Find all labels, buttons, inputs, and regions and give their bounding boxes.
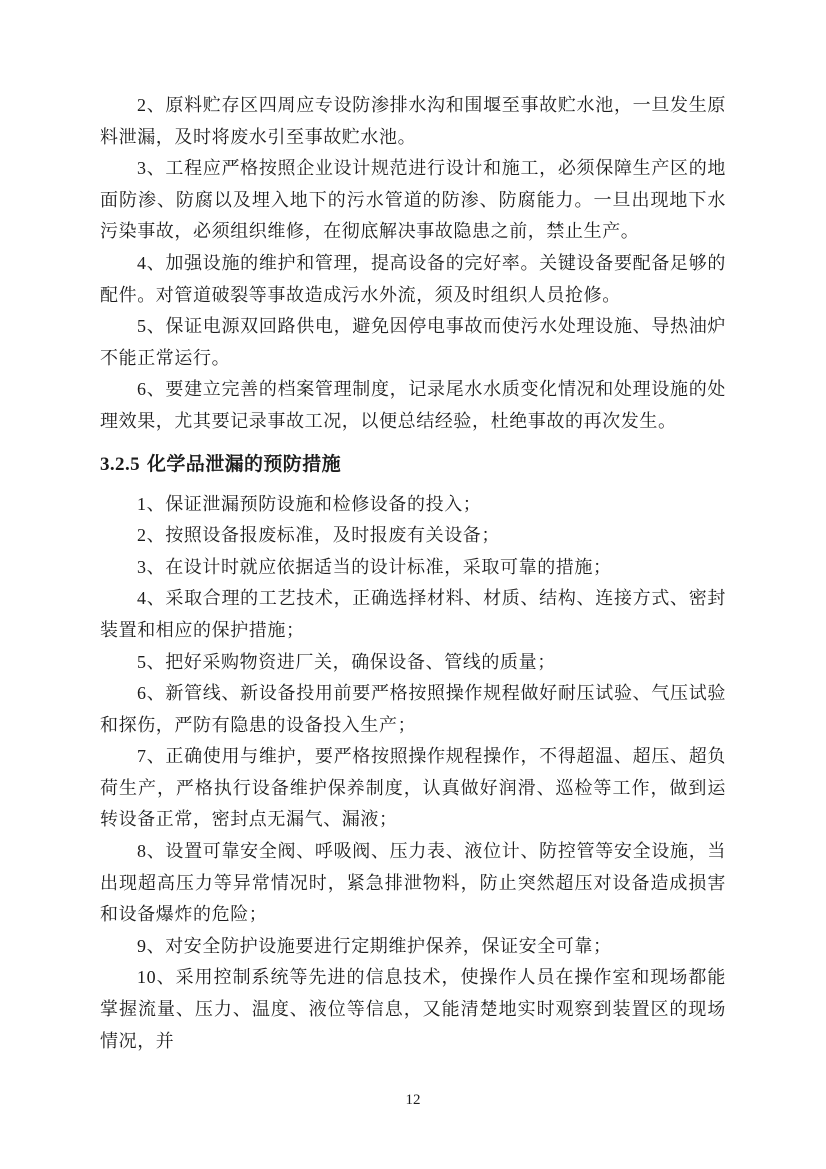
measure-item: 1、保证泄漏预防设施和检修设备的投入； <box>100 489 726 521</box>
document-page: 2、原料贮存区四周应专设防渗排水沟和围堰至事故贮水池，一旦发生原料泄漏，及时将废… <box>0 0 826 1169</box>
page-content: 2、原料贮存区四周应专设防渗排水沟和围堰至事故贮水池，一旦发生原料泄漏，及时将废… <box>0 0 826 1057</box>
page-number: 12 <box>0 1091 826 1109</box>
body-paragraph: 6、要建立完善的档案管理制度，记录尾水水质变化情况和处理设施的处理效果，尤其要记… <box>100 374 726 437</box>
body-paragraph: 4、加强设施的维护和管理，提高设备的完好率。关键设备要配备足够的配件。对管道破裂… <box>100 248 726 311</box>
section-number: 3.2.5 <box>100 454 140 475</box>
measure-item: 8、设置可靠安全阀、呼吸阀、压力表、液位计、防控管等安全设施，当出现超高压力等异… <box>100 836 726 931</box>
section-title: 化学品泄漏的预防措施 <box>147 454 341 475</box>
measure-item: 5、把好采购物资进厂关，确保设备、管线的质量； <box>100 647 726 679</box>
measure-item: 4、采取合理的工艺技术，正确选择材料、材质、结构、连接方式、密封装置和相应的保护… <box>100 583 726 646</box>
body-paragraph: 5、保证电源双回路供电，避免因停电事故而使污水处理设施、导热油炉不能正常运行。 <box>100 311 726 374</box>
measure-item: 3、在设计时就应依据适当的设计标准，采取可靠的措施； <box>100 552 726 584</box>
measure-item: 6、新管线、新设备投用前要严格按照操作规程做好耐压试验、气压试验和探伤，严防有隐… <box>100 678 726 741</box>
measure-item: 7、正确使用与维护，要严格按照操作规程操作，不得超温、超压、超负荷生产，严格执行… <box>100 741 726 836</box>
measure-item: 2、按照设备报废标准，及时报废有关设备； <box>100 520 726 552</box>
measure-item: 10、采用控制系统等先进的信息技术，使操作人员在操作室和现场都能掌握流量、压力、… <box>100 962 726 1057</box>
measure-item: 9、对安全防护设施要进行定期维护保养，保证安全可靠； <box>100 931 726 963</box>
body-paragraph: 2、原料贮存区四周应专设防渗排水沟和围堰至事故贮水池，一旦发生原料泄漏，及时将废… <box>100 90 726 153</box>
section-heading: 3.2.5化学品泄漏的预防措施 <box>100 449 726 481</box>
body-paragraph: 3、工程应严格按照企业设计规范进行设计和施工，必须保障生产区的地面防渗、防腐以及… <box>100 153 726 248</box>
